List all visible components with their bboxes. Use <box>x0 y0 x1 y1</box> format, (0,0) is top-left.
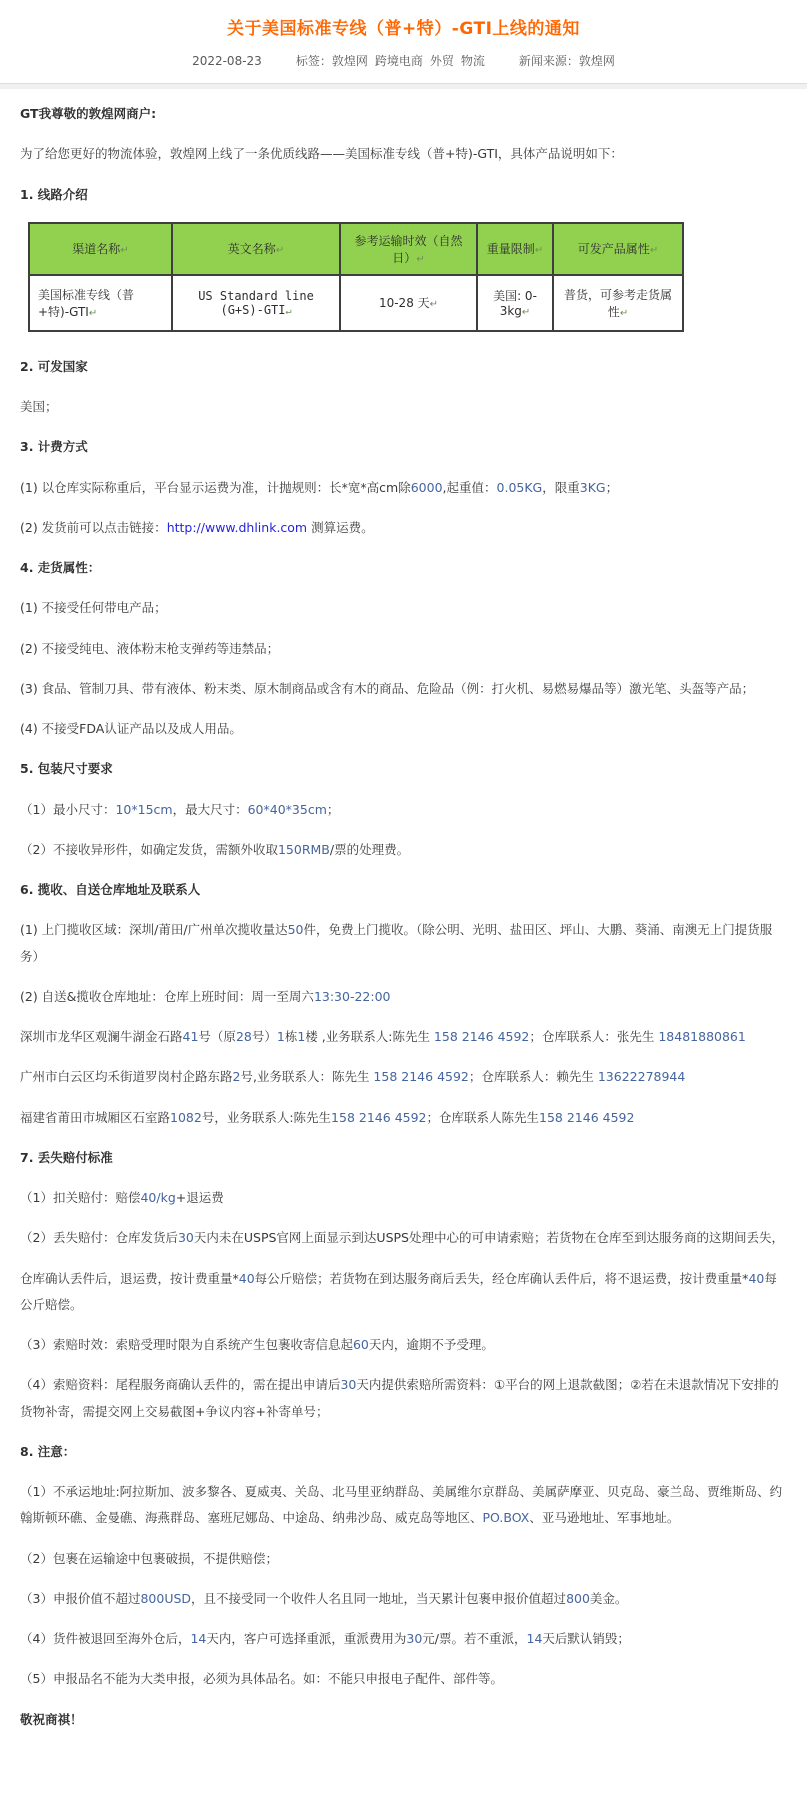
section-heading: 1. 线路介绍 <box>20 182 789 208</box>
highlighted-value: 158 <box>331 1110 355 1125</box>
highlighted-value: 60*40*35cm <box>248 802 327 817</box>
table-header-cell: 可发产品属性↵ <box>553 223 683 275</box>
pilcrow-mark: ↵ <box>650 245 658 256</box>
pilcrow-mark: ↵ <box>120 245 128 256</box>
tag-item: 跨境电商 <box>375 52 423 69</box>
highlighted-value: 1082 <box>170 1110 202 1125</box>
highlighted-value: 41 <box>183 1029 199 1044</box>
line-intro-table: 渠道名称↵英文名称↵参考运输时效（自然日）↵重量限制↵可发产品属性↵美国标准专线… <box>28 222 684 332</box>
body-paragraph: (3) 食品、管制刀具、带有液体、粉末类、原木制商品或含有木的商品、危险品（例：… <box>20 676 789 702</box>
body-paragraph: 深圳市龙华区观澜牛湖金石路41号（原28号）1栋1楼 ,业务联系人:陈先生 15… <box>20 1024 789 1050</box>
body-paragraph: 美国； <box>20 394 789 420</box>
source-label: 新闻来源： <box>519 54 579 68</box>
tags-label: 标签： <box>296 54 332 68</box>
section-heading: 3. 计费方式 <box>20 434 789 460</box>
source-value: 敦煌网 <box>579 54 615 68</box>
body-paragraph: (2) 自送&揽收仓库地址：仓库上班时间：周一至周六13:30-22:00 <box>20 984 789 1010</box>
body-paragraph: （2）丢失赔付：仓库发货后30天内未在USPS官网上面显示到达USPS处理中心的… <box>20 1225 789 1251</box>
highlighted-value: 30 <box>340 1377 356 1392</box>
body-paragraph: （5）申报品名不能为大类申报，必须为具体品名。如：不能只申报电子配件、部件等。 <box>20 1666 789 1692</box>
highlighted-value: 30 <box>178 1230 194 1245</box>
highlighted-value: 4592 <box>437 1069 469 1084</box>
body-paragraph: （4）索赔资料：尾程服务商确认丢件的，需在提出申请后30天内提供索赔所需资料：①… <box>20 1372 789 1425</box>
highlighted-value: 60 <box>353 1337 369 1352</box>
highlighted-value: 3KG <box>580 480 606 495</box>
highlighted-value: 2146 <box>462 1029 494 1044</box>
body-paragraph: （2）包裹在运输途中包裹破损，不提供赔偿； <box>20 1546 789 1572</box>
highlighted-value: 4592 <box>498 1029 530 1044</box>
highlighted-value: 158 <box>539 1110 563 1125</box>
table-row: 美国标准专线（普+特)-GTI↵US Standard line (G+S)-G… <box>29 275 683 331</box>
pilcrow-mark: ↵ <box>416 254 424 265</box>
highlighted-value: 14 <box>527 1631 543 1646</box>
table-header-cell: 参考运输时效（自然日）↵ <box>340 223 477 275</box>
section-heading: 8. 注意： <box>20 1439 789 1465</box>
table-cell: 普货，可参考走货属性↵ <box>553 275 683 331</box>
highlighted-value: 4592 <box>395 1110 427 1125</box>
body-paragraph: (1) 以仓库实际称重后，平台显示运费为准，计抛规则：长*宽*高cm除6000,… <box>20 475 789 501</box>
section-heading: 7. 丢失赔付标准 <box>20 1145 789 1171</box>
body-paragraph: 福建省莆田市城厢区石室路1082号，业务联系人:陈先生158 2146 4592… <box>20 1105 789 1131</box>
body-paragraph: 广州市白云区均禾街道罗岗村企路东路2号,业务联系人：陈先生 158 2146 4… <box>20 1064 789 1090</box>
body-paragraph: (2) 发货前可以点击链接：http://www.dhlink.com 测算运费… <box>20 515 789 541</box>
notice-page: 关于美国标准专线（普+特）-GTI上线的通知 2022-08-23 标签：敦煌网… <box>0 0 807 1800</box>
highlighted-value: 1 <box>297 1029 305 1044</box>
highlighted-value: 30 <box>406 1631 422 1646</box>
dhlink-link[interactable]: http://www.dhlink.com <box>167 520 307 535</box>
pilcrow-mark: ↵ <box>286 306 292 317</box>
section-heading: GT我尊敬的敦煌网商户: <box>20 101 789 127</box>
body-paragraph: （3）申报价值不超过800USD，且不接受同一个收件人名且同一地址，当天累计包裹… <box>20 1586 789 1612</box>
section-heading: 4. 走货属性： <box>20 555 789 581</box>
article-date: 2022-08-23 <box>192 54 262 68</box>
tag-item: 外贸 <box>430 52 454 69</box>
highlighted-value: 4592 <box>603 1110 635 1125</box>
section-heading: 6. 揽收、自送仓库地址及联系人 <box>20 877 789 903</box>
highlighted-value: 800USD <box>140 1591 191 1606</box>
highlighted-value: 13622278944 <box>598 1069 685 1084</box>
highlighted-value: 2146 <box>401 1069 433 1084</box>
body-paragraph: (2) 不接受纯电、液体粉末枪支弹药等违禁品； <box>20 636 789 662</box>
table-cell: 10-28 天↵ <box>340 275 477 331</box>
body-paragraph: （1）不承运地址:阿拉斯加、波多黎各、夏威夷、关岛、北马里亚纳群岛、美属维尔京群… <box>20 1479 789 1532</box>
article-tags: 标签：敦煌网跨境电商外贸物流 <box>296 52 485 69</box>
pilcrow-mark: ↵ <box>522 307 530 318</box>
table-cell: 美国标准专线（普+特)-GTI↵ <box>29 275 172 331</box>
body-paragraph: （1）扣关赔付：赔偿40/kg+退运费 <box>20 1185 789 1211</box>
highlighted-value: 158 <box>434 1029 458 1044</box>
body-paragraph: （2）不接收异形件，如确定发货，需额外收取150RMB/票的处理费。 <box>20 837 789 863</box>
highlighted-value: 28 <box>236 1029 252 1044</box>
body-paragraph: （3）索赔时效：索赔受理时限为自系统产生包裹收寄信息起60天内，逾期不予受理。 <box>20 1332 789 1358</box>
highlighted-value: PO.BOX <box>483 1510 530 1525</box>
page-title: 关于美国标准专线（普+特）-GTI上线的通知 <box>0 14 807 39</box>
body-paragraph: (1) 上门揽收区域：深圳/莆田/广州单次揽收量达50件，免费上门揽收。（除公明… <box>20 917 789 970</box>
article-body: GT我尊敬的敦煌网商户:为了给您更好的物流体验，敦煌网上线了一条优质线路——美国… <box>0 89 807 1733</box>
highlighted-value: 40 <box>239 1271 255 1286</box>
tag-item: 敦煌网 <box>332 52 368 69</box>
highlighted-value: 40/kg <box>140 1190 175 1205</box>
section-heading: 敬祝商祺！ <box>20 1707 789 1733</box>
highlighted-value: 0.05KG <box>497 480 543 495</box>
pilcrow-mark: ↵ <box>620 308 628 319</box>
highlighted-value: 6000 <box>411 480 443 495</box>
table-header-cell: 英文名称↵ <box>172 223 340 275</box>
highlighted-value: 2146 <box>567 1110 599 1125</box>
pilcrow-mark: ↵ <box>430 299 438 310</box>
highlighted-value: 150RMB <box>278 842 330 857</box>
table-header-cell: 渠道名称↵ <box>29 223 172 275</box>
highlighted-value: 40 <box>748 1271 764 1286</box>
table-cell: US Standard line (G+S)-GTI↵ <box>172 275 340 331</box>
highlighted-value: 2146 <box>359 1110 391 1125</box>
highlighted-value: 158 <box>373 1069 397 1084</box>
body-paragraph: 仓库确认丢件后，退运费，按计费重量*40每公斤赔偿；若货物在到达服务商后丢失，经… <box>20 1266 789 1319</box>
body-paragraph: （1）最小尺寸：10*15cm，最大尺寸：60*40*35cm； <box>20 797 789 823</box>
highlighted-value: 2 <box>233 1069 241 1084</box>
table-header-row: 渠道名称↵英文名称↵参考运输时效（自然日）↵重量限制↵可发产品属性↵ <box>29 223 683 275</box>
body-paragraph: 为了给您更好的物流体验，敦煌网上线了一条优质线路——美国标准专线（普+特)-GT… <box>20 141 789 167</box>
section-heading: 2. 可发国家 <box>20 354 789 380</box>
table-header-cell: 重量限制↵ <box>477 223 553 275</box>
section-heading: 5. 包装尺寸要求 <box>20 756 789 782</box>
highlighted-value: 14 <box>190 1631 206 1646</box>
pilcrow-mark: ↵ <box>89 308 97 319</box>
highlighted-value: 13:30-22:00 <box>314 989 391 1004</box>
tag-item: 物流 <box>461 52 485 69</box>
tags-list: 敦煌网跨境电商外贸物流 <box>332 52 485 69</box>
article-meta: 2022-08-23 标签：敦煌网跨境电商外贸物流 新闻来源：敦煌网 <box>0 52 807 69</box>
highlighted-value: 10*15cm <box>115 802 172 817</box>
article-source: 新闻来源：敦煌网 <box>519 52 615 69</box>
article-header: 关于美国标准专线（普+特）-GTI上线的通知 2022-08-23 标签：敦煌网… <box>0 0 807 89</box>
body-paragraph: (4) 不接受FDA认证产品以及成人用品。 <box>20 716 789 742</box>
body-paragraph: （4）货件被退回至海外仓后，14天内，客户可选择重派，重派费用为30元/票。若不… <box>20 1626 789 1652</box>
highlighted-value: 800 <box>566 1591 590 1606</box>
highlighted-value: 1 <box>277 1029 285 1044</box>
highlighted-value: 50 <box>288 922 304 937</box>
line-table-wrap: 渠道名称↵英文名称↵参考运输时效（自然日）↵重量限制↵可发产品属性↵美国标准专线… <box>28 222 789 332</box>
highlighted-value: 18481880861 <box>658 1029 745 1044</box>
pilcrow-mark: ↵ <box>535 245 543 256</box>
pilcrow-mark: ↵ <box>276 245 284 256</box>
body-paragraph: (1) 不接受任何带电产品； <box>20 595 789 621</box>
table-cell: 美国: 0-3kg↵ <box>477 275 553 331</box>
